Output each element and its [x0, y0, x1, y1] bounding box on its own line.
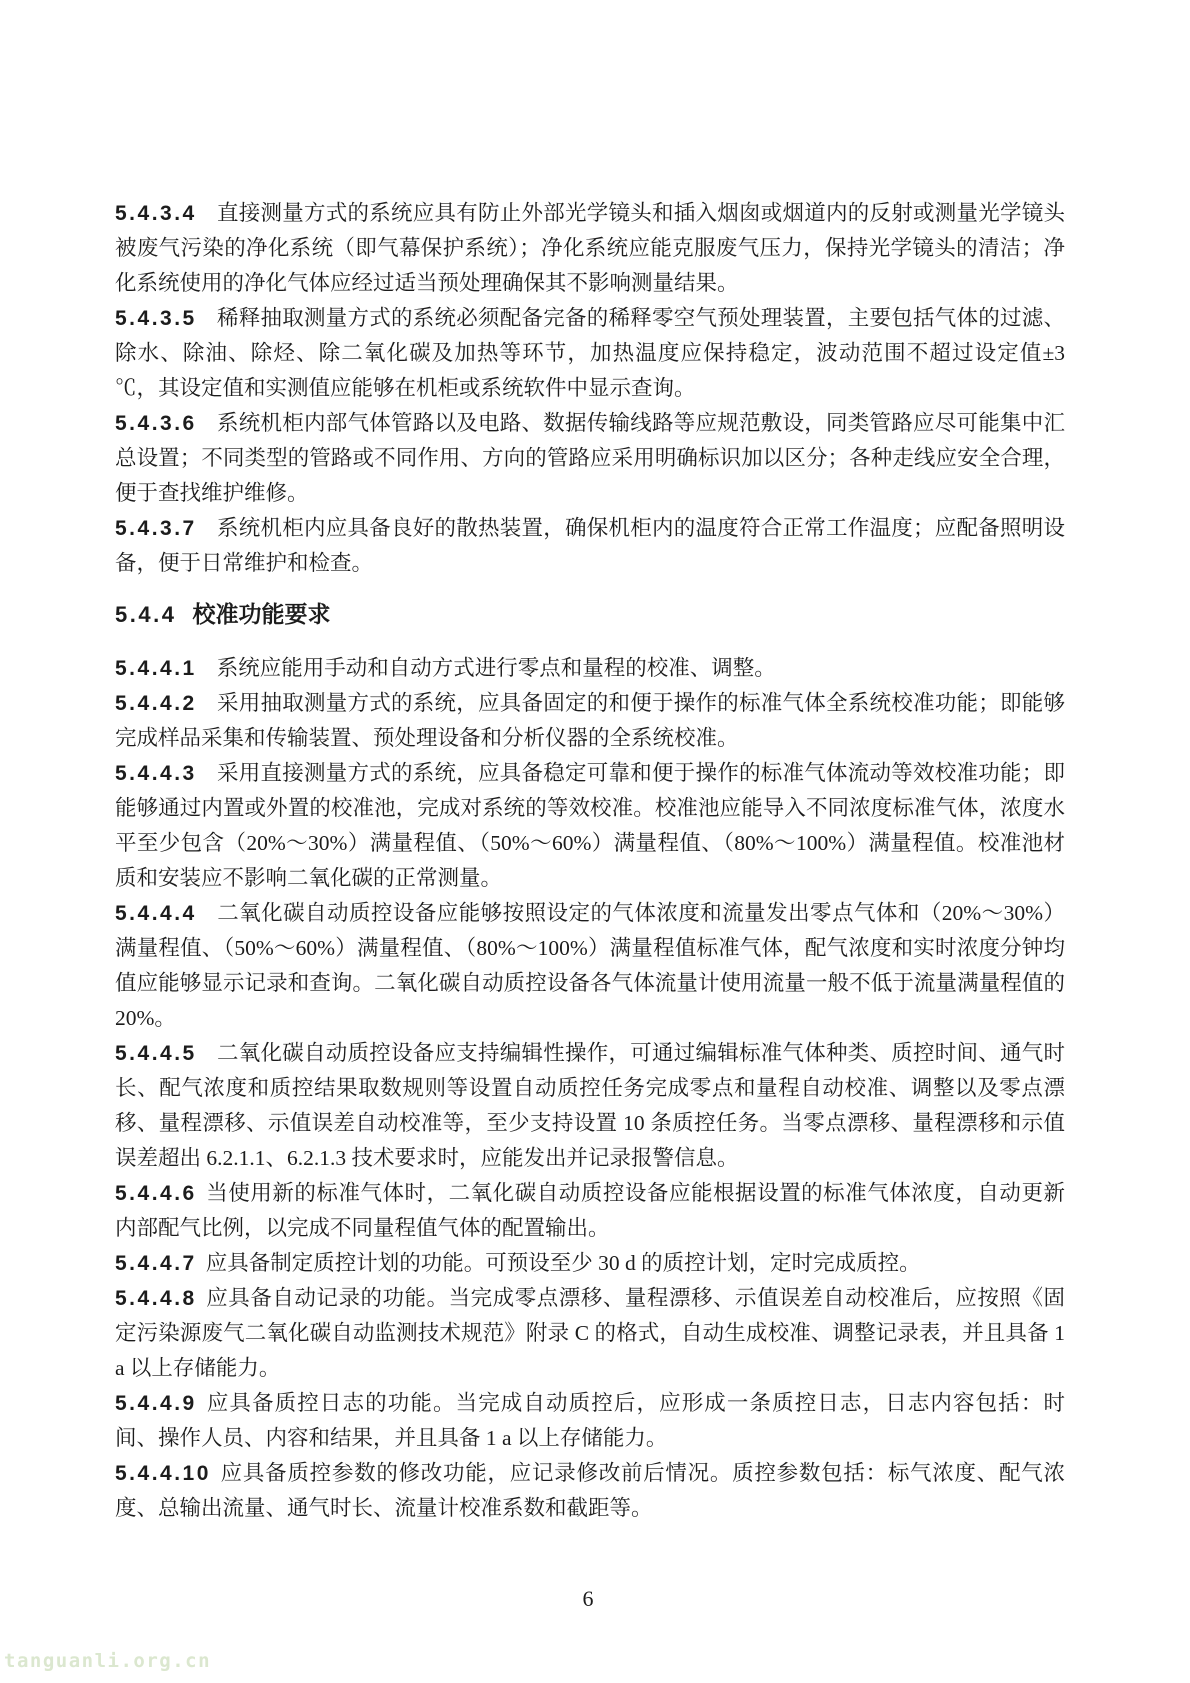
clause-paragraph: 5.4.3.6系统机柜内部气体管路以及电路、数据传输线路等应规范敷设，同类管路应…: [115, 406, 1065, 511]
clause-text: 直接测量方式的系统应具有防止外部光学镜头和插入烟囱或烟道内的反射或测量光学镜头被…: [115, 201, 1065, 295]
clause-text: 系统机柜内部气体管路以及电路、数据传输线路等应规范敷设，同类管路应尽可能集中汇总…: [115, 411, 1065, 505]
clause-text: 采用抽取测量方式的系统，应具备固定的和便于操作的标准气体全系统校准功能；即能够完…: [115, 691, 1065, 750]
clause-paragraph: 5.4.4.5二氧化碳自动质控设备应支持编辑性操作，可通过编辑标准气体种类、质控…: [115, 1036, 1065, 1176]
clause-number: 5.4.4.10: [115, 1462, 211, 1485]
clause-number: 5.4.4.6: [115, 1182, 197, 1205]
document-page: 5.4.3.4直接测量方式的系统应具有防止外部光学镜头和插入烟囱或烟道内的反射或…: [0, 0, 1190, 1683]
clause-number: 5.4.3.6: [115, 412, 197, 435]
clause-text: 应具备质控日志的功能。当完成自动质控后，应形成一条质控日志，日志内容包括：时间、…: [115, 1391, 1065, 1450]
clause-paragraph: 5.4.4.4二氧化碳自动质控设备应能够按照设定的气体浓度和流量发出零点气体和（…: [115, 896, 1065, 1036]
clause-number: 5.4.4.4: [115, 902, 197, 925]
clause-paragraph: 5.4.3.4直接测量方式的系统应具有防止外部光学镜头和插入烟囱或烟道内的反射或…: [115, 196, 1065, 301]
clause-paragraph: 5.4.4.2采用抽取测量方式的系统，应具备固定的和便于操作的标准气体全系统校准…: [115, 686, 1065, 756]
clause-text: 系统机柜内应具备良好的散热装置，确保机柜内的温度符合正常工作温度；应配备照明设备…: [115, 516, 1065, 575]
page-number: 6: [0, 1586, 1176, 1612]
clause-paragraph: 5.4.4.6当使用新的标准气体时，二氧化碳自动质控设备应能根据设置的标准气体浓…: [115, 1176, 1065, 1246]
clause-number: 5.4.4.5: [115, 1042, 197, 1065]
clause-number: 5.4.3.4: [115, 202, 197, 225]
clause-paragraph: 5.4.3.5稀释抽取测量方式的系统必须配备完备的稀释零空气预处理装置，主要包括…: [115, 301, 1065, 406]
clause-paragraph: 5.4.4.1系统应能用手动和自动方式进行零点和量程的校准、调整。: [115, 651, 1065, 686]
clause-number: 5.4.4.1: [115, 657, 197, 680]
clause-text: 应具备质控参数的修改功能，应记录修改前后情况。质控参数包括：标气浓度、配气浓度、…: [115, 1461, 1065, 1520]
clause-text: 应具备自动记录的功能。当完成零点漂移、量程漂移、示值误差自动校准后，应按照《固定…: [115, 1286, 1065, 1380]
section-heading-number: 5.4.4: [115, 602, 176, 627]
clause-paragraph: 5.4.4.10应具备质控参数的修改功能，应记录修改前后情况。质控参数包括：标气…: [115, 1456, 1065, 1526]
document-body: 5.4.3.4直接测量方式的系统应具有防止外部光学镜头和插入烟囱或烟道内的反射或…: [115, 196, 1065, 1526]
section-heading: 5.4.4校准功能要求: [115, 597, 1065, 632]
clause-number: 5.4.4.7: [115, 1252, 197, 1275]
clause-number: 5.4.4.8: [115, 1287, 197, 1310]
clause-text: 二氧化碳自动质控设备应能够按照设定的气体浓度和流量发出零点气体和（20%～30%…: [115, 901, 1065, 1030]
watermark: tanguanli.org.cn: [4, 1650, 211, 1672]
clause-number: 5.4.4.9: [115, 1392, 197, 1415]
clause-text: 当使用新的标准气体时，二氧化碳自动质控设备应能根据设置的标准气体浓度，自动更新内…: [115, 1181, 1065, 1240]
clause-text: 系统应能用手动和自动方式进行零点和量程的校准、调整。: [217, 656, 776, 680]
clause-text: 二氧化碳自动质控设备应支持编辑性操作，可通过编辑标准气体种类、质控时间、通气时长…: [115, 1041, 1065, 1170]
clause-text: 应具备制定质控计划的功能。可预设至少 30 d 的质控计划，定时完成质控。: [206, 1251, 921, 1275]
clause-number: 5.4.3.7: [115, 517, 197, 540]
clause-paragraph: 5.4.4.3采用直接测量方式的系统，应具备稳定可靠和便于操作的标准气体流动等效…: [115, 756, 1065, 896]
clause-text: 稀释抽取测量方式的系统必须配备完备的稀释零空气预处理装置，主要包括气体的过滤、除…: [115, 306, 1065, 400]
clause-paragraph: 5.4.4.7应具备制定质控计划的功能。可预设至少 30 d 的质控计划，定时完…: [115, 1246, 1065, 1281]
clause-number: 5.4.4.3: [115, 762, 197, 785]
clause-paragraph: 5.4.4.9应具备质控日志的功能。当完成自动质控后，应形成一条质控日志，日志内…: [115, 1386, 1065, 1456]
clause-number: 5.4.4.2: [115, 692, 197, 715]
clause-text: 采用直接测量方式的系统，应具备稳定可靠和便于操作的标准气体流动等效校准功能；即能…: [115, 761, 1065, 890]
clause-number: 5.4.3.5: [115, 307, 197, 330]
section-heading-title: 校准功能要求: [192, 601, 330, 627]
clause-paragraph: 5.4.3.7系统机柜内应具备良好的散热装置，确保机柜内的温度符合正常工作温度；…: [115, 511, 1065, 581]
clause-paragraph: 5.4.4.8应具备自动记录的功能。当完成零点漂移、量程漂移、示值误差自动校准后…: [115, 1281, 1065, 1386]
